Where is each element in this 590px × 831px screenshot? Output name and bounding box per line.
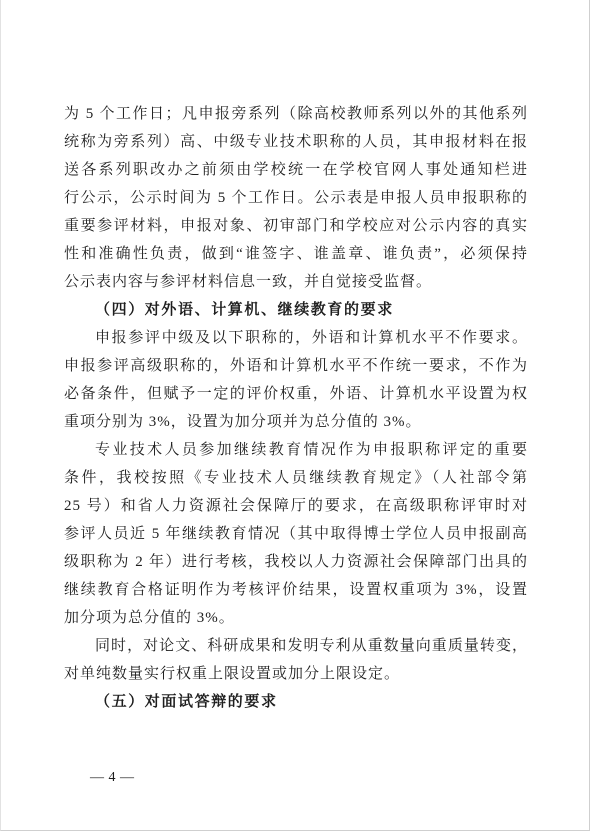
text-block: 为 5 个工作日；凡申报旁系列（除高校教师系列以外的其他系列 统称为旁系列）高、… <box>64 100 528 716</box>
text-line: 统称为旁系列）高、中级专业技术职称的人员，其申报材料在报 <box>64 128 528 156</box>
text-line: 专业技术人员参加继续教育情况作为申报职称评定的重要 <box>64 436 528 464</box>
text-line: 同时，对论文、科研成果和发明专利从重数量向重质量转变， <box>64 632 528 660</box>
text-line: 必备条件，但赋予一定的评价权重，外语、计算机水平设置为权 <box>64 380 528 408</box>
text-line: 参评人员近 5 年继续教育情况（其中取得博士学位人员申报副高 <box>64 520 528 548</box>
text-line: 对单纯数量实行权重上限设置或加分上限设定。 <box>64 660 528 688</box>
text-line: 申报参评中级及以下职称的，外语和计算机水平不作要求。 <box>64 324 528 352</box>
text-line: 性和准确性负责，做到“谁签字、谁盖章、谁负责”，必须保持 <box>64 240 528 268</box>
section-heading: （五）对面试答辩的要求 <box>64 688 528 716</box>
text-line: 重项分别为 3%，设置为加分项并为总分值的 3%。 <box>64 408 528 436</box>
text-line: 条件，我校按照《专业技术人员继续教育规定》（人社部令第 <box>64 464 528 492</box>
text-line: 重要参评材料，申报对象、初审部门和学校应对公示内容的真实 <box>64 212 528 240</box>
text-line: 申报参评高级职称的，外语和计算机水平不作统一要求，不作为 <box>64 352 528 380</box>
text-line: 公示表内容与参评材料信息一致，并自觉接受监督。 <box>64 268 528 296</box>
text-line: 为 5 个工作日；凡申报旁系列（除高校教师系列以外的其他系列 <box>64 100 528 128</box>
text-line: 25 号）和省人力资源社会保障厅的要求，在高级职称评审时对 <box>64 492 528 520</box>
text-line: 行公示，公示时间为 5 个工作日。公示表是申报人员申报职称的 <box>64 184 528 212</box>
section-heading: （四）对外语、计算机、继续教育的要求 <box>64 296 528 324</box>
text-line: 送各系列职改办之前须由学校统一在学校官网人事处通知栏进 <box>64 156 528 184</box>
document-page: 为 5 个工作日；凡申报旁系列（除高校教师系列以外的其他系列 统称为旁系列）高、… <box>0 0 590 831</box>
text-line: 加分项为总分值的 3%。 <box>64 604 528 632</box>
text-line: 级职称为 2 年）进行考核，我校以人力资源社会保障部门出具的 <box>64 548 528 576</box>
page-number: — 4 — <box>90 764 135 792</box>
text-line: 继续教育合格证明作为考核评价结果，设置权重项为 3%，设置 <box>64 576 528 604</box>
